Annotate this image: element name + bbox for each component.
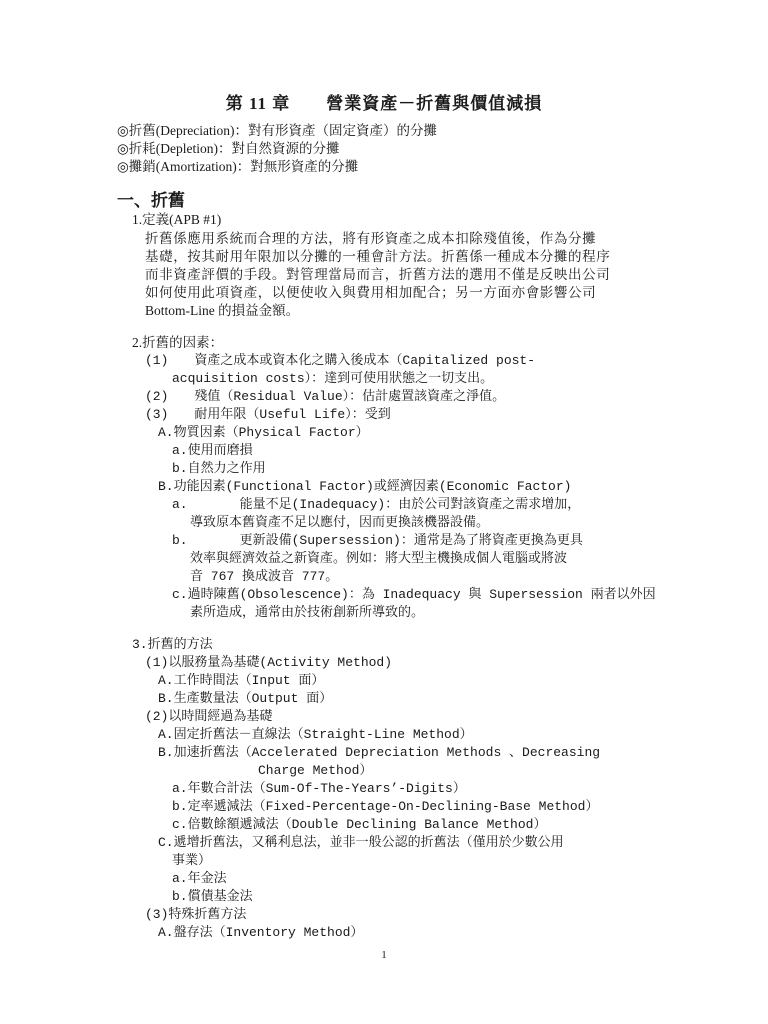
factors-label: 2.折舊的因素： — [132, 334, 223, 351]
factor-item: a. 能量不足(Inadequacy)：由於公司對該資產之需求增加， — [172, 496, 580, 513]
method-item: b.定率遞減法（Fixed-Percentage-On-Declining-Ba… — [172, 798, 598, 815]
factor-item: 音 767 換成波音 777。 — [190, 568, 338, 585]
method-item: b.償債基金法 — [172, 888, 253, 905]
definition-text: Bottom-Line 的損益金額。 — [145, 302, 299, 319]
factor-item: (3) 耐用年限（Useful Life）：受到 — [145, 406, 391, 423]
method-item: c.倍數餘額遞減法（Double Declining Balance Metho… — [172, 816, 546, 833]
method-item: (3)特殊折舊方法 — [145, 906, 246, 923]
factor-item: c.過時陳舊(Obsolescence)：為 Inadequacy 與 Supe… — [172, 586, 656, 603]
method-item: 事業） — [172, 852, 211, 869]
method-item: C.遞增折舊法，又稱利息法，並非一般公認的折舊法（僅用於少數公用 — [158, 834, 564, 851]
method-item: a.年數合計法（Sum-Of-The-Years’-Digits） — [172, 780, 466, 797]
method-item: B.生產數量法（Output 面） — [158, 690, 332, 707]
intro-depletion: ◎折耗(Depletion)：對自然資源的分攤 — [117, 140, 340, 157]
section-heading: 一、折舊 — [117, 191, 185, 211]
definition-text: 如何使用此項資產，以便使收入與費用相加配合；另一方面亦會影響公司 — [145, 284, 596, 301]
intro-amortization: ◎攤銷(Amortization)：對無形資產的分攤 — [117, 158, 358, 175]
method-item: A.盤存法（Inventory Method） — [158, 924, 363, 941]
definition-text: 而非資產評價的手段。對管理當局而言，折舊方法的選用不僅是反映出公司 — [145, 266, 610, 283]
factor-item: 素所造成，通常由於技術創新所導致的。 — [190, 604, 424, 621]
methods-label: 3.折舊的方法 — [132, 636, 213, 653]
factor-item: 導致原本舊資產不足以應付，因而更換該機器設備。 — [190, 514, 489, 531]
factor-item: (2) 殘值（Residual Value）：估計處置該資產之淨值。 — [145, 388, 505, 405]
method-item: B.加速折舊法（Accelerated Depreciation Methods… — [158, 744, 600, 761]
intro-depreciation: ◎折舊(Depreciation)：對有形資產（固定資產）的分攤 — [117, 122, 437, 139]
definition-text: 基礎，按其耐用年限加以分攤的一種會計方法。折舊係一種成本分攤的程序 — [145, 248, 610, 265]
document-page: 第 11 章 營業資產－折舊與價值減損 ◎折舊(Depreciation)：對有… — [0, 0, 768, 1024]
factor-item: B.功能因素(Functional Factor)或經濟因素(Economic … — [158, 478, 571, 495]
method-item: A.固定折舊法－直線法（Straight-Line Method） — [158, 726, 473, 743]
page-number: 1 — [0, 949, 768, 961]
factor-item: b. 更新設備(Supersession)：通常是為了將資產更換為更具 — [172, 532, 583, 549]
factor-item: b.自然力之作用 — [172, 460, 266, 477]
factor-item: A.物質因素（Physical Factor） — [158, 424, 369, 441]
definition-text: 折舊係應用系統而合理的方法，將有形資產之成本扣除殘值後，作為分攤 — [145, 230, 596, 247]
factor-item: a.使用而磨損 — [172, 442, 253, 459]
method-item: a.年金法 — [172, 870, 227, 887]
factor-item: 效率與經濟效益之新資產。例如：將大型主機換成個人電腦或將波 — [190, 550, 567, 567]
chapter-title: 第 11 章 營業資產－折舊與價值減損 — [0, 89, 768, 114]
factor-item: (1) 資產之成本或資本化之購入後成本（Capitalized post- — [145, 352, 535, 369]
definition-label: 1.定義(APB #1) — [132, 211, 221, 228]
method-item: (1)以服務量為基礎(Activity Method) — [145, 654, 392, 671]
method-item: Charge Method） — [258, 762, 372, 779]
method-item: A.工作時間法（Input 面） — [158, 672, 324, 689]
factor-item: acquisition costs）：達到可使用狀態之一切支出。 — [172, 370, 493, 387]
method-item: (2)以時間經過為基礎 — [145, 708, 272, 725]
